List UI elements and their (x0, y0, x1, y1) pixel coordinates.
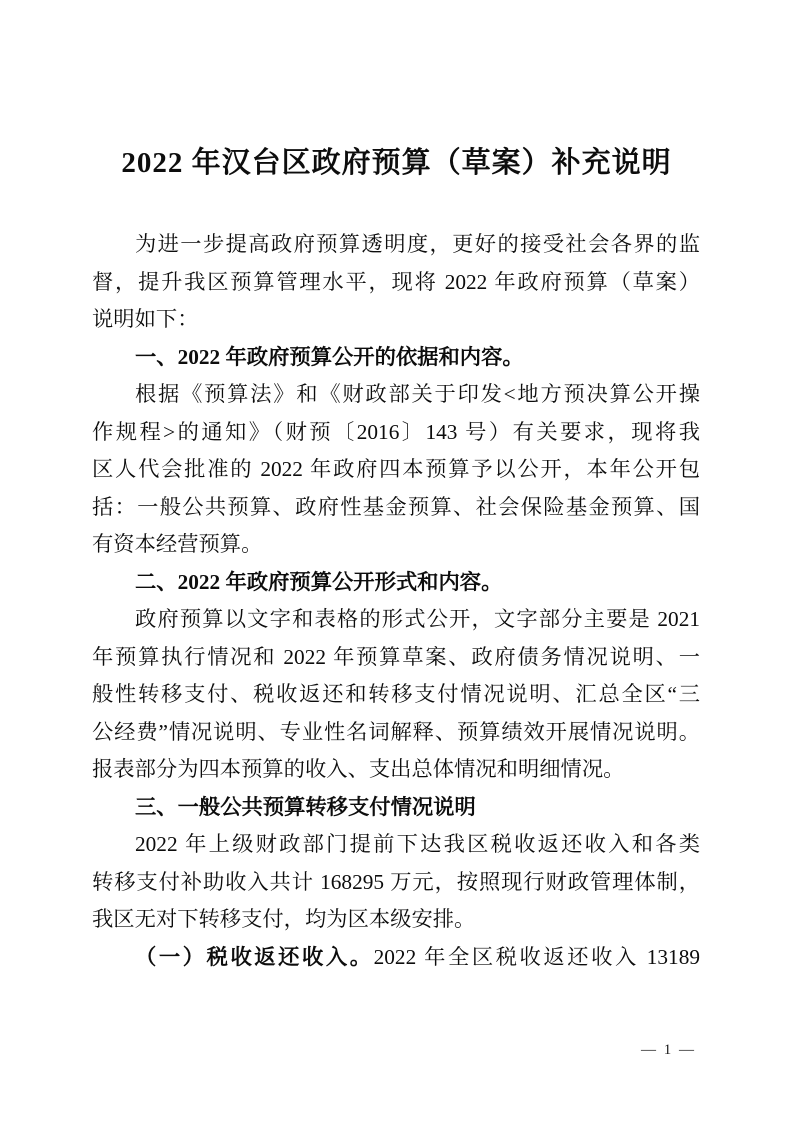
section-2-line-3: 般性转移支付、税收返还和转移支付情况说明、汇总全区“三 (92, 676, 700, 714)
section-1-line-4: 括：一般公共预算、政府性基金预算、社会保险基金预算、国 (92, 489, 700, 527)
text-segment: 有资本经营预算。 (92, 532, 262, 556)
subsection-1-line-1: （一）税收返还收入。2022 年全区税收返还收入 13189 (92, 939, 700, 977)
text-segment: 2022 年上级财政部门提前下达我区税收返还收入和各类 (135, 832, 700, 856)
section-1-line-5: 有资本经营预算。 (92, 526, 700, 564)
section-2-line-2: 年预算执行情况和 2022 年预算草案、政府债务情况说明、一 (92, 639, 700, 677)
text-segment: 为进一步提高政府预算透明度，更好的接受社会各界的监 (135, 232, 700, 256)
document-body: 为进一步提高政府预算透明度，更好的接受社会各界的监督，提升我区预算管理水平，现将… (92, 226, 700, 976)
section-2-line-1: 政府预算以文字和表格的形式公开，文字部分主要是 2021 (92, 601, 700, 639)
text-segment: 般性转移支付、税收返还和转移支付情况说明、汇总全区“三 (92, 682, 700, 706)
bold-text-segment: 一、2022 年政府预算公开的依据和内容。 (135, 345, 524, 369)
text-segment: 督，提升我区预算管理水平，现将 2022 年政府预算（草案） (92, 270, 700, 294)
text-segment: 我区无对下转移支付，均为区本级安排。 (92, 907, 475, 931)
section-1-line-3: 区人代会批准的 2022 年政府四本预算予以公开，本年公开包 (92, 451, 700, 489)
text-segment: 括：一般公共预算、政府性基金预算、社会保险基金预算、国 (92, 495, 700, 519)
intro-line-2: 督，提升我区预算管理水平，现将 2022 年政府预算（草案） (92, 264, 700, 302)
document-title: 2022 年汉台区政府预算（草案）补充说明 (0, 141, 793, 185)
section-3-line-2: 转移支付补助收入共计 168295 万元，按照现行财政管理体制， (92, 864, 700, 902)
text-segment: 政府预算以文字和表格的形式公开，文字部分主要是 2021 (135, 607, 700, 631)
page-number: — 1 — (641, 1042, 696, 1059)
section-3-line-3: 我区无对下转移支付，均为区本级安排。 (92, 901, 700, 939)
bold-text-segment: 二、2022 年政府预算公开形式和内容。 (135, 570, 502, 594)
text-segment: 根据《预算法》和《财政部关于印发<地方预决算公开操 (135, 382, 700, 406)
text-segment: 2022 年全区税收返还收入 13189 (374, 945, 700, 969)
text-segment: 说明如下： (92, 307, 199, 331)
bold-text-segment: 三、一般公共预算转移支付情况说明 (135, 795, 476, 819)
section-1-heading: 一、2022 年政府预算公开的依据和内容。 (92, 339, 700, 377)
section-1-line-1: 根据《预算法》和《财政部关于印发<地方预决算公开操 (92, 376, 700, 414)
text-segment: 作规程>的通知》（财预〔2016〕143 号）有关要求，现将我 (92, 420, 700, 444)
section-2-line-4: 公经费”情况说明、专业性名词解释、预算绩效开展情况说明。 (92, 714, 700, 752)
text-segment: 转移支付补助收入共计 168295 万元，按照现行财政管理体制， (92, 870, 700, 894)
document-page: 2022 年汉台区政府预算（草案）补充说明 为进一步提高政府预算透明度，更好的接… (0, 0, 793, 1122)
intro-line-3: 说明如下： (92, 301, 700, 339)
section-1-line-2: 作规程>的通知》（财预〔2016〕143 号）有关要求，现将我 (92, 414, 700, 452)
section-3-line-1: 2022 年上级财政部门提前下达我区税收返还收入和各类 (92, 826, 700, 864)
section-3-heading: 三、一般公共预算转移支付情况说明 (92, 789, 700, 827)
text-segment: 公经费”情况说明、专业性名词解释、预算绩效开展情况说明。 (92, 720, 700, 744)
section-2-line-5: 报表部分为四本预算的收入、支出总体情况和明细情况。 (92, 751, 700, 789)
text-segment: 报表部分为四本预算的收入、支出总体情况和明细情况。 (92, 757, 624, 781)
text-segment: 年预算执行情况和 2022 年预算草案、政府债务情况说明、一 (92, 645, 700, 669)
section-2-heading: 二、2022 年政府预算公开形式和内容。 (92, 564, 700, 602)
bold-text-segment: （一）税收返还收入。 (135, 945, 374, 969)
intro-line-1: 为进一步提高政府预算透明度，更好的接受社会各界的监 (92, 226, 700, 264)
text-segment: 区人代会批准的 2022 年政府四本预算予以公开，本年公开包 (92, 457, 700, 481)
